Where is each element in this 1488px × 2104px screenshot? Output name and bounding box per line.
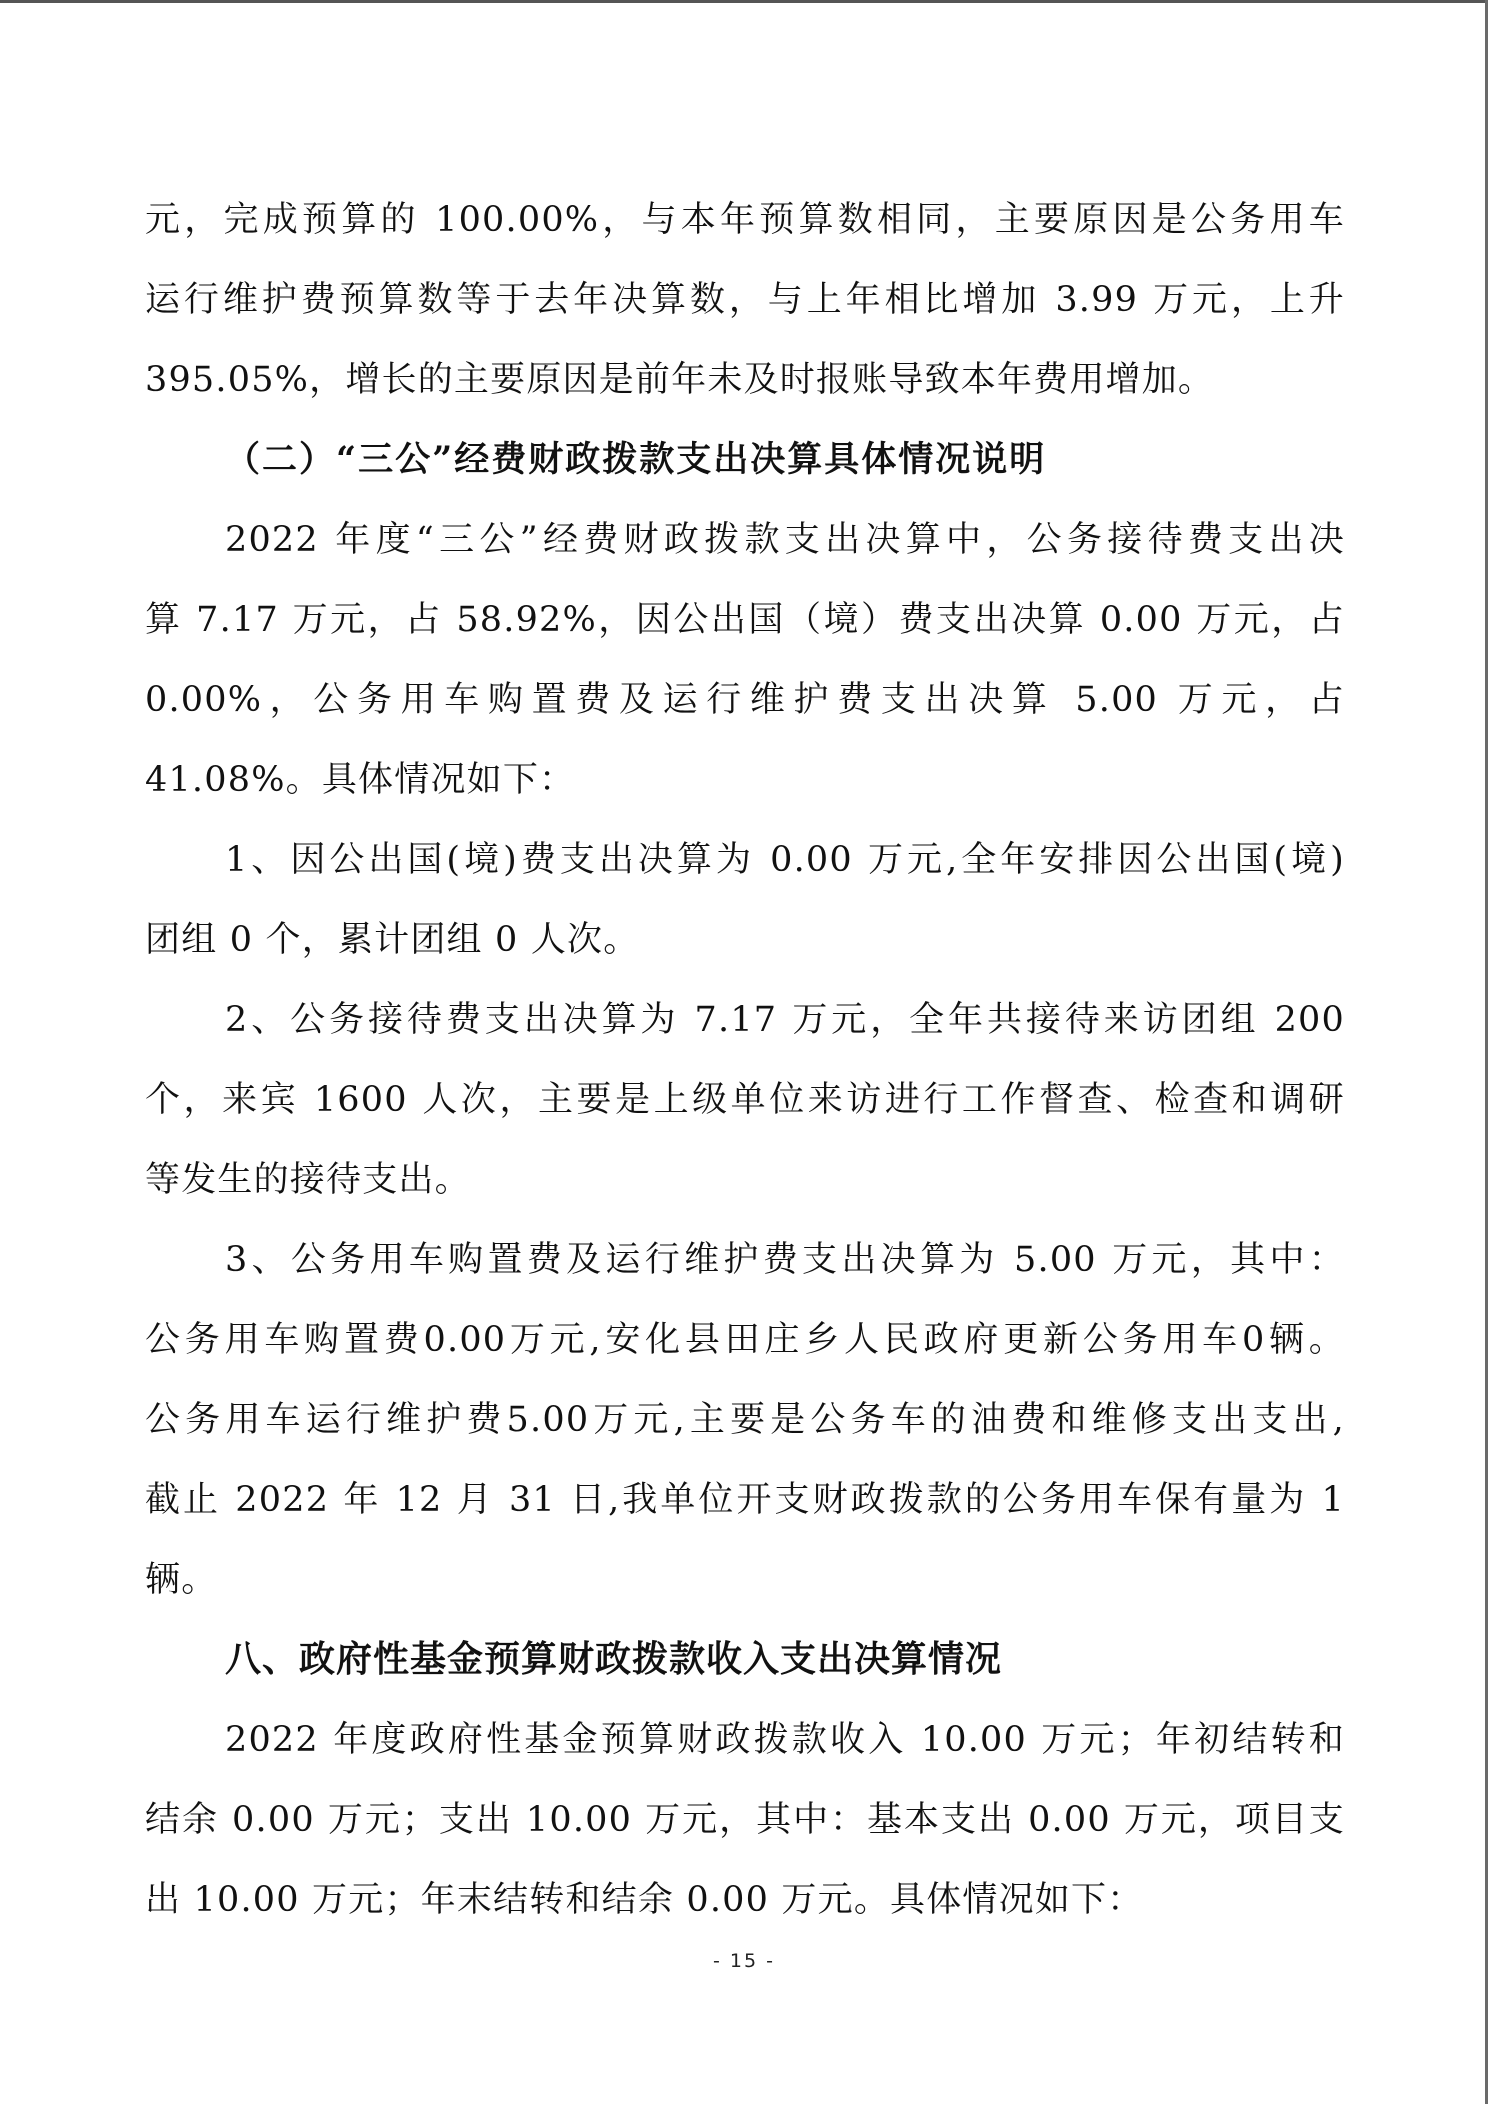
list-item-line: 公务用车运行维护费5.00万元,主要是公务车的油费和维修支出支出, xyxy=(145,1380,1345,1460)
list-item-line: 3、公务用车购置费及运行维护费支出决算为 5.00 万元，其中： xyxy=(145,1220,1345,1300)
paragraph-line: 出 10.00 万元；年末结转和结余 0.00 万元。具体情况如下： xyxy=(145,1860,1345,1940)
paragraph-line: 算 7.17 万元，占 58.92%，因公出国（境）费支出决算 0.00 万元，… xyxy=(145,580,1345,660)
section-heading: 八、政府性基金预算财政拨款收入支出决算情况 xyxy=(225,1620,1425,1700)
list-item-line: 辆。 xyxy=(145,1540,1345,1620)
paragraph-line: 395.05%，增长的主要原因是前年未及时报账导致本年费用增加。 xyxy=(145,340,1345,420)
list-item-line: 个，来宾 1600 人次，主要是上级单位来访进行工作督查、检查和调研 xyxy=(145,1060,1345,1140)
paragraph-line: 结余 0.00 万元；支出 10.00 万元，其中：基本支出 0.00 万元，项… xyxy=(145,1780,1345,1860)
section-subheading: （二）“三公”经费财政拨款支出决算具体情况说明 xyxy=(225,420,1425,500)
paragraph-line: 元，完成预算的 100.00%，与本年预算数相同，主要原因是公务用车 xyxy=(145,180,1345,260)
list-item-line: 2、公务接待费支出决算为 7.17 万元，全年共接待来访团组 200 xyxy=(145,980,1345,1060)
page-top-border xyxy=(0,0,1488,3)
paragraph-line: 2022 年度政府性基金预算财政拨款收入 10.00 万元；年初结转和 xyxy=(145,1700,1345,1780)
list-item-line: 截止 2022 年 12 月 31 日,我单位开支财政拨款的公务用车保有量为 1 xyxy=(145,1460,1345,1540)
paragraph-line: 0.00%，公务用车购置费及运行维护费支出决算 5.00 万元，占 xyxy=(145,660,1345,740)
paragraph-line: 运行维护费预算数等于去年决算数，与上年相比增加 3.99 万元，上升 xyxy=(145,260,1345,340)
list-item-line: 等发生的接待支出。 xyxy=(145,1140,1345,1220)
paragraph-line: 2022 年度“三公”经费财政拨款支出决算中，公务接待费支出决 xyxy=(145,500,1345,580)
page-number: - 15 - xyxy=(0,1950,1488,1972)
paragraph-line: 41.08%。具体情况如下： xyxy=(145,740,1345,820)
list-item-line: 1、因公出国(境)费支出决算为 0.00 万元,全年安排因公出国(境) xyxy=(145,820,1345,900)
list-item-line: 公务用车购置费0.00万元,安化县田庄乡人民政府更新公务用车0辆。 xyxy=(145,1300,1345,1380)
list-item-line: 团组 0 个，累计团组 0 人次。 xyxy=(145,900,1345,980)
